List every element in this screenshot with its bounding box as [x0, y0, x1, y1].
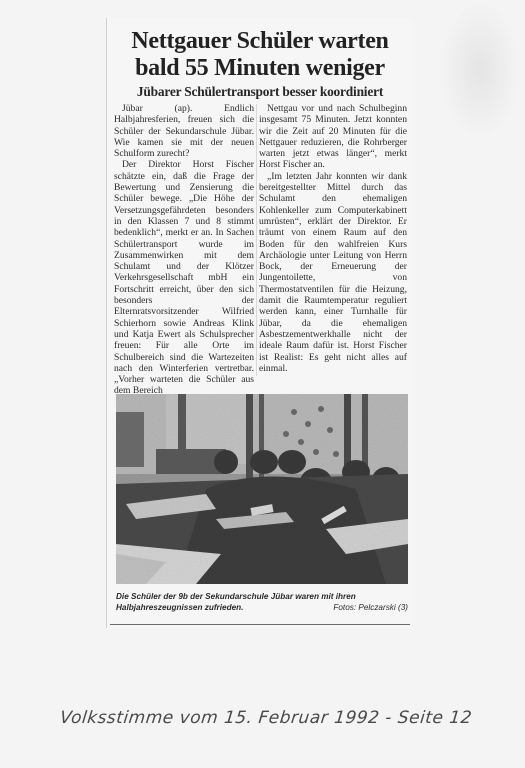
article-column-right: Nettgau vor und nach Schulbeginn insgesa…: [259, 103, 407, 374]
bottom-rule: [110, 624, 410, 625]
paragraph: Der Direktor Horst Fischer schätzte ein,…: [114, 159, 254, 396]
photo-illustration: [116, 394, 408, 584]
photo-credit: Fotos: Pelczarski (3): [333, 603, 408, 614]
photo-caption: Die Schüler der 9b der Sekundarschule Jü…: [116, 592, 408, 613]
classroom-photo: [116, 394, 408, 584]
headline: Nettgauer Schüler warten bald 55 Minuten…: [110, 28, 410, 82]
subheadline: Jübarer Schülertransport besser koordini…: [110, 84, 410, 100]
paragraph: Jübar (ap). Endlich Halbjahresferien, fr…: [114, 103, 254, 159]
paragraph: Nettgau vor und nach Schulbeginn insgesa…: [259, 103, 407, 171]
handwritten-source-note: Volksstimme vom 15. Februar 1992 - Seite…: [59, 708, 511, 728]
headline-line-2: bald 55 Minuten weniger: [135, 55, 385, 81]
headline-line-1: Nettgauer Schüler warten: [131, 28, 388, 54]
paragraph: „Im letzten Jahr konnten wir dank bereit…: [259, 171, 407, 374]
column-divider: [256, 104, 257, 376]
article-column-left: Jübar (ap). Endlich Halbjahresferien, fr…: [114, 103, 254, 397]
caption-text: Die Schüler der 9b der Sekundarschule Jü…: [116, 592, 356, 612]
